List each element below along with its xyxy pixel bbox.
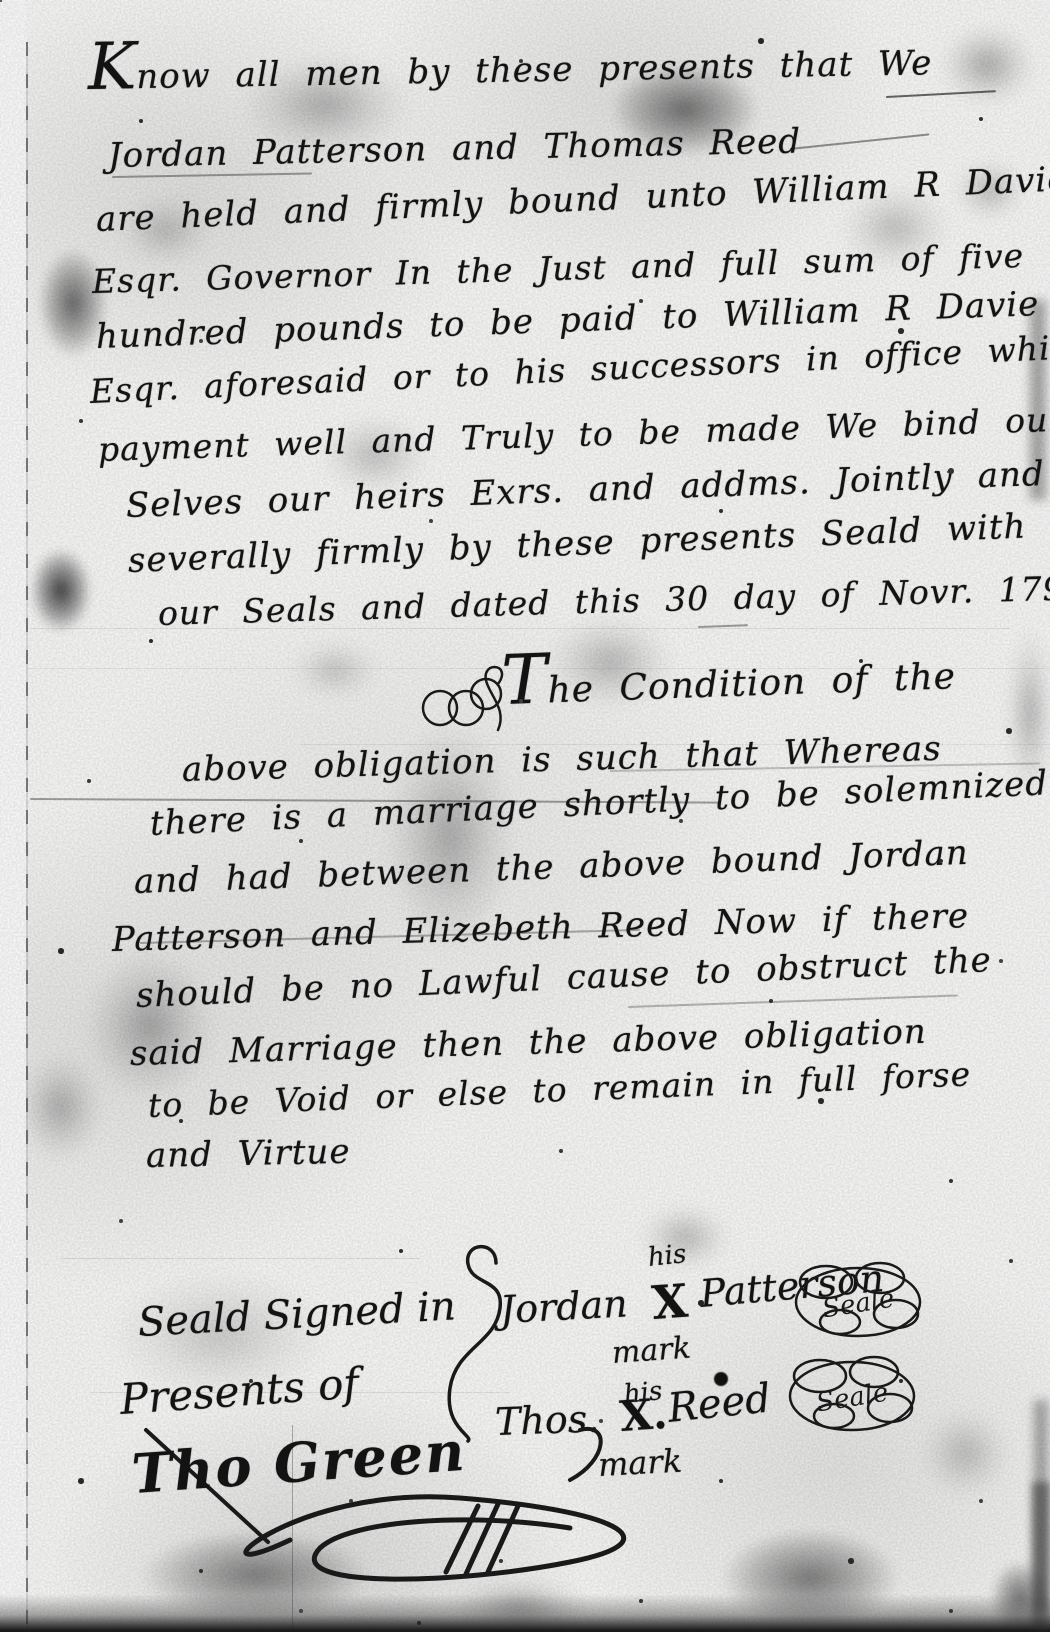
paper-edge-left [26,42,28,1627]
document-line: Jordan Patterson and Thomas Reed [108,121,802,176]
scanned-document-page: Know all men by these presents that We J… [0,0,1050,1632]
pen-stroke [628,994,958,1008]
seal-word-2: Seale [814,1377,890,1418]
seal-flourish-1: Seale [788,1256,928,1348]
drop-cap: K [87,29,137,105]
document-line: and Virtue [146,1132,351,1176]
document-line: and had between the above bound Jordan [133,833,969,902]
paper-edge-bottom [0,1594,1050,1632]
mark-label-1: mark [611,1331,692,1371]
stain [18,1052,103,1162]
seal-flourish-2: Seale [782,1350,922,1442]
his-label-1: his [646,1239,687,1273]
signer1-mark: X [650,1274,689,1330]
seal-word-1: Seale [820,1283,896,1324]
stain [290,640,380,700]
document-line: Know all men by these presents that We [88,43,933,98]
pen-stroke [790,133,929,150]
speckle-field [0,0,2,2]
ink-dot [714,1372,728,1386]
ink-blot [30,548,92,633]
condition-flourish [418,660,518,738]
stain [920,1408,1010,1498]
scanner-gutter [0,0,26,1632]
line-text: now all men by these presents that We [136,43,933,97]
paper-corner-bottom-right [1032,1482,1050,1632]
signer1-first-name: Jordan [499,1281,629,1332]
fold-line [60,1258,420,1259]
